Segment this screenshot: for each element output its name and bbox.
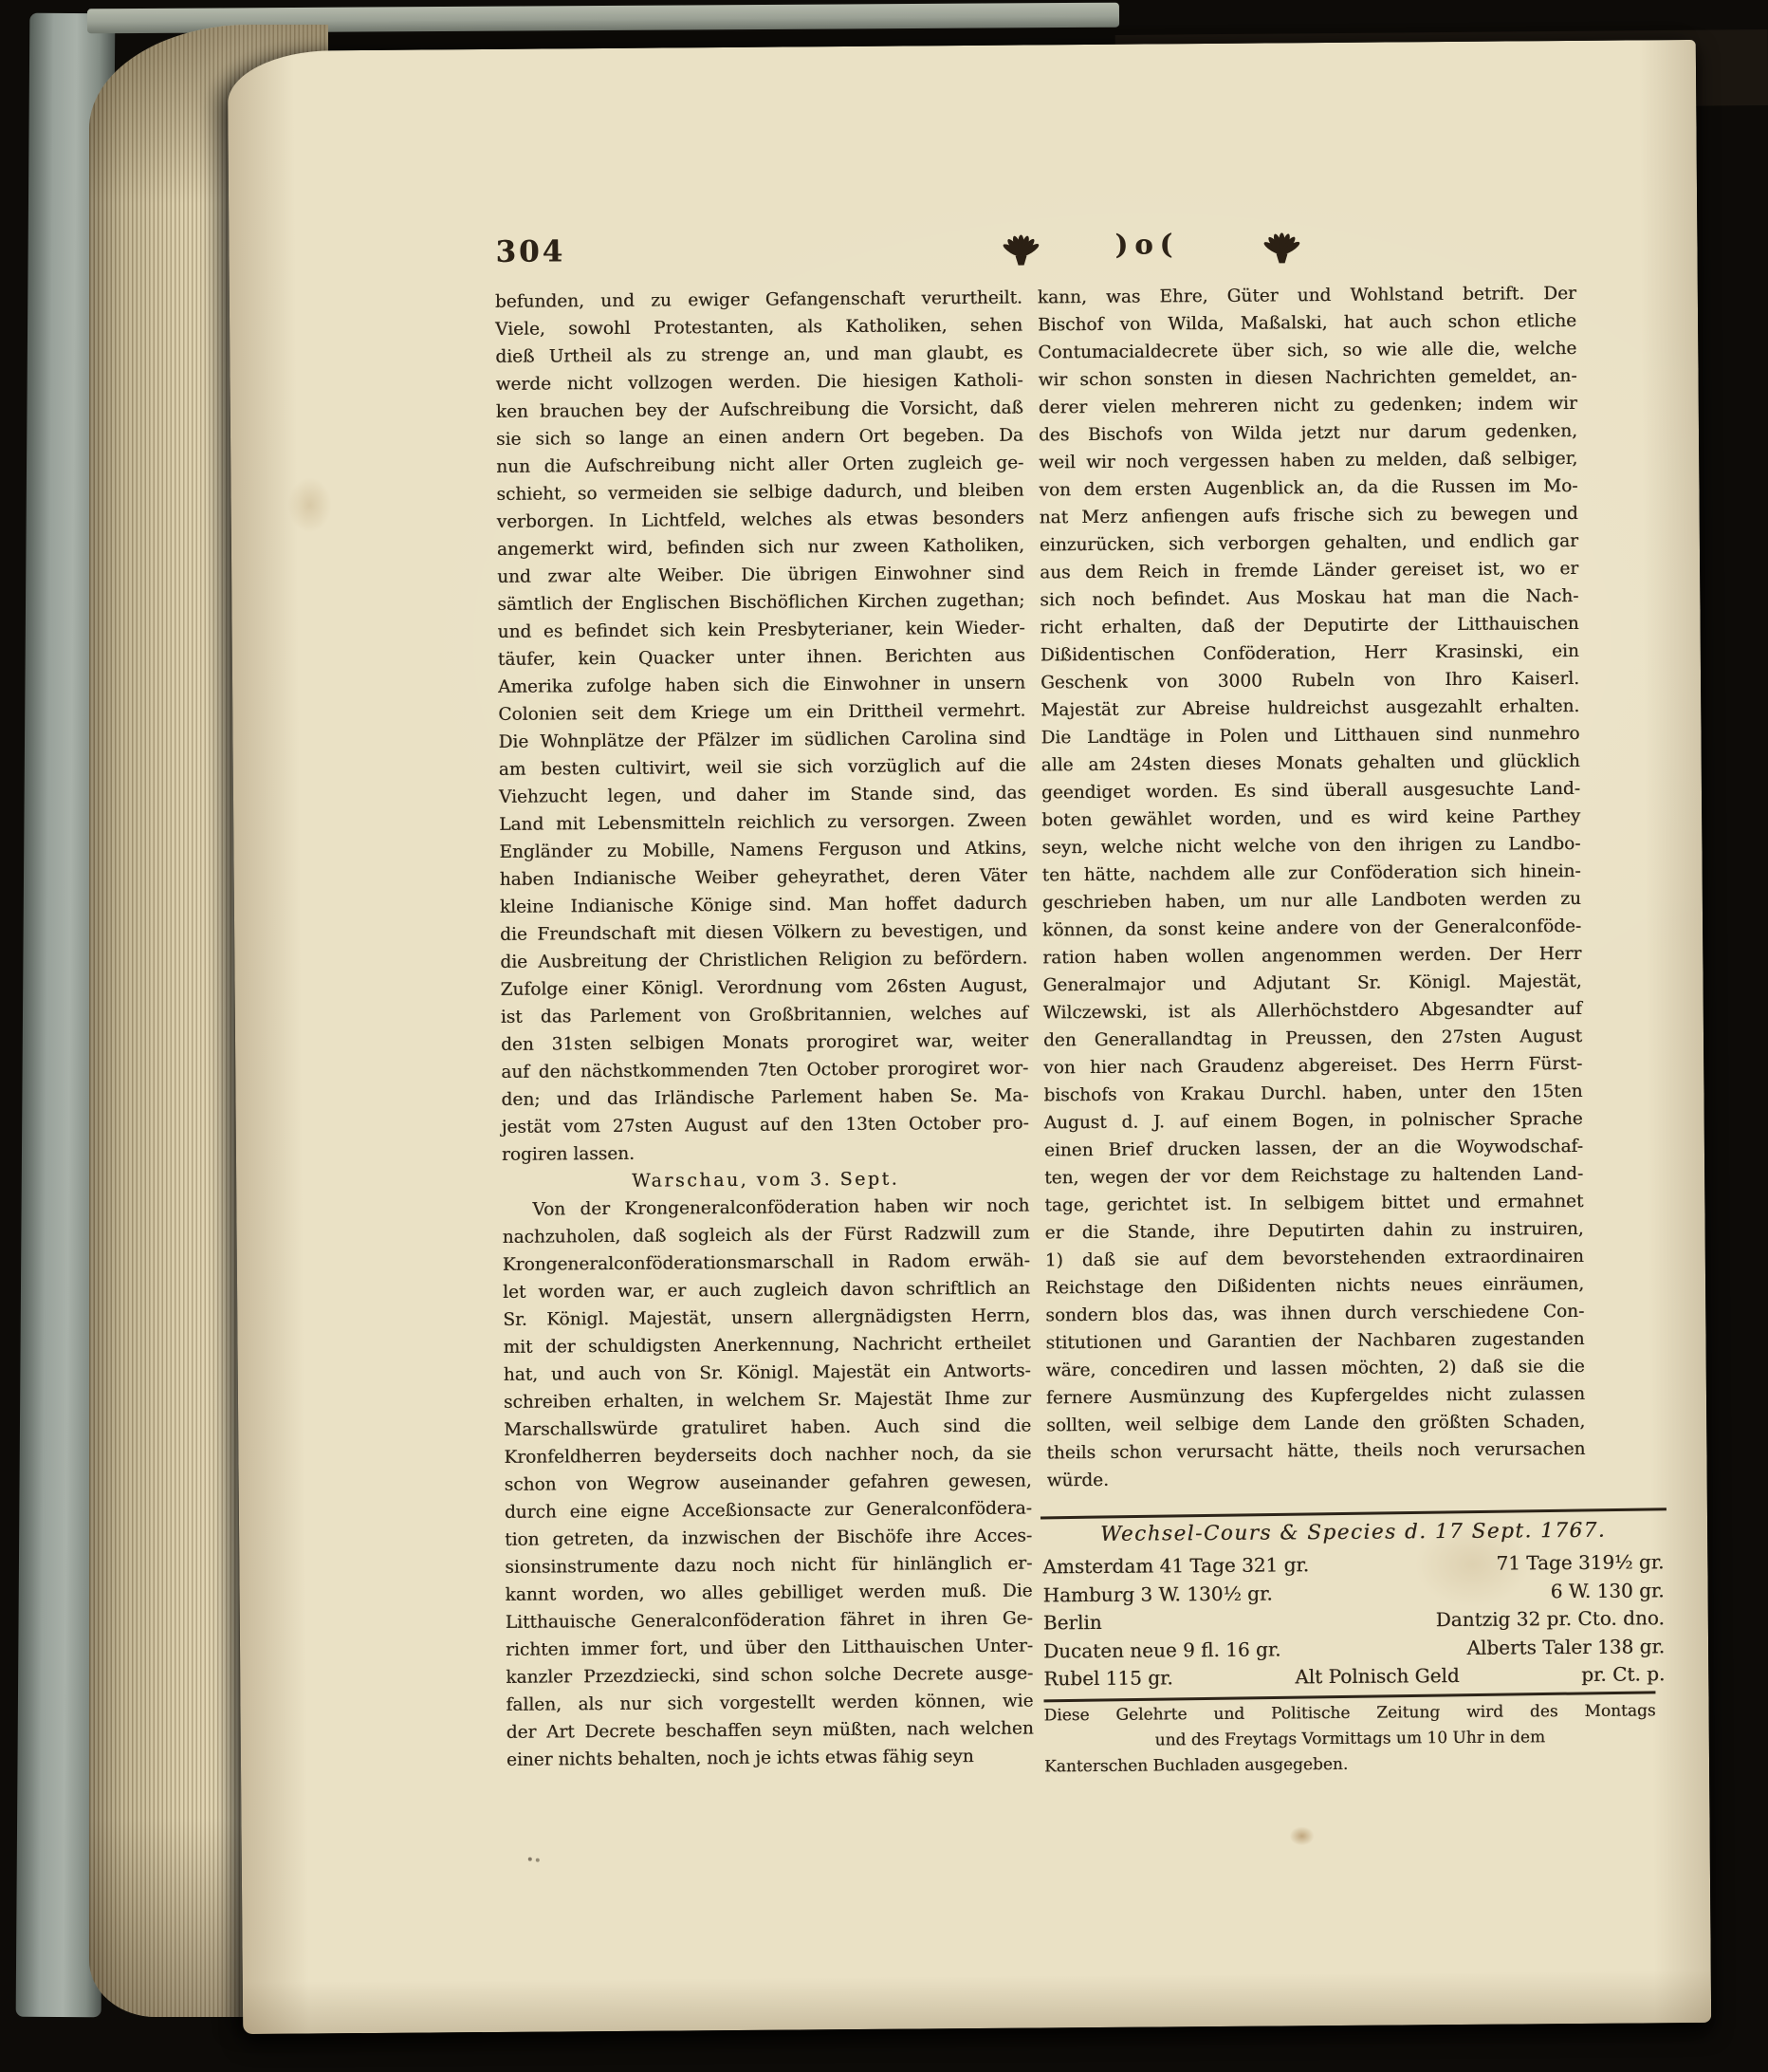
text-line: Dißidentischen Conföderation, Herr Krasi… [1041, 638, 1579, 669]
table-cell: Hamburg 3 W. 130½ gr. [1043, 1580, 1273, 1609]
text-line: Bischof von Wilda, Maßalski, hat auch sc… [1038, 307, 1576, 339]
left-paragraph-1: befunden, und zu ewiger Gefangenschaft v… [495, 285, 1029, 1169]
floral-ornament-icon [1001, 232, 1041, 267]
column-divider-mark: )o( [1106, 228, 1188, 261]
exchange-rate-table: Wechsel-Cours & Species d. 17 Sept. 1767… [1042, 1514, 1665, 1693]
text-line: kanzler Przezdziecki, sind schon solche … [506, 1659, 1033, 1691]
text-line: wäre, concediren und lassen möchten, 2) … [1046, 1353, 1585, 1384]
left-paragraph-2: Von der Krongeneralconföderation haben w… [502, 1193, 1034, 1774]
text-line: auf den nächstkommenden 7ten October pro… [501, 1055, 1028, 1086]
text-line: befunden, und zu ewiger Gefangenschaft v… [495, 285, 1022, 316]
text-line: geschrieben haben, um nur alle Landboten… [1042, 885, 1581, 916]
text-line: nun die Aufschreibung nicht aller Orten … [496, 450, 1023, 481]
text-line: er die Stande, ihre Deputirten dahin zu … [1045, 1215, 1584, 1247]
text-line: nat Merz anfiengen aufs frische sich zu … [1040, 500, 1578, 531]
text-line: hat, und auch von Sr. Königl. Majestät e… [504, 1358, 1031, 1389]
text-line: Von der Krongeneralconföderation haben w… [502, 1193, 1029, 1224]
table-cell: Alt Polnisch Geld [1295, 1662, 1460, 1692]
floral-ornament-icon [1262, 231, 1301, 265]
text-line: derer vielen mehreren nicht zu gedenken;… [1039, 390, 1577, 421]
table-cell: Dantzig 32 pr. Cto. dno. [1436, 1604, 1665, 1634]
text-line: fernere Ausmünzung des Kupfergeldes nich… [1046, 1380, 1585, 1412]
text-line: ist das Parlement von Großbritannien, we… [501, 1000, 1028, 1031]
text-line: Kanterschen Buchladen ausgegeben. [1044, 1749, 1656, 1780]
text-line: ken brauchen bey der Aufschreibung die V… [496, 395, 1023, 426]
text-line: kannt worden, wo alles gebilliget werden… [505, 1577, 1032, 1608]
text-line: Reichstage den Dißidenten nichts neues e… [1045, 1270, 1584, 1302]
text-line: ten hätte, nachdem alle zur Conföderatio… [1042, 858, 1581, 889]
text-line: 1) daß sie auf dem bevorstehenden extrao… [1045, 1243, 1584, 1274]
text-line: angemerkt wird, befinden sich nur zween … [497, 532, 1024, 564]
exchange-table-rows: Amsterdam 41 Tage 321 gr.71 Tage 319½ gr… [1042, 1548, 1665, 1693]
text-line: einzurücken, sich verborgen gehalten, un… [1040, 527, 1578, 559]
text-line: Colonien seit dem Kriege um ein Dritthei… [498, 697, 1025, 729]
text-line: den Generallandtag in Preussen, den 27st… [1043, 1023, 1582, 1054]
text-line: stitutionen und Garantien der Nachbaren … [1045, 1325, 1584, 1357]
text-line: ration haben wollen angenommen werden. D… [1042, 940, 1581, 971]
text-line: Majestät zur Abreise huldreichst ausgeza… [1041, 693, 1579, 724]
text-line: kann, was Ehre, Güter und Wohlstand betr… [1038, 280, 1576, 311]
text-line: boten gewählet worden, und es wird keine… [1041, 803, 1580, 834]
text-line: einen Brief drucken lassen, der an die W… [1044, 1133, 1583, 1164]
text-line: sondern blos das, was ihnen durch versch… [1045, 1298, 1584, 1329]
paper-stain [1290, 1826, 1315, 1845]
text-line: theils schon verursacht hätte, theils no… [1046, 1435, 1585, 1467]
text-line: Kronfeldherren beyderseits doch nachher … [504, 1440, 1031, 1471]
text-line: aus dem Reich in fremde Länder gereiset … [1040, 555, 1578, 586]
table-cell: Amsterdam 41 Tage 321 gr. [1042, 1551, 1309, 1582]
right-text-column: kann, was Ehre, Güter und Wohlstand betr… [1038, 280, 1586, 1494]
exchange-table-title: Wechsel-Cours & Species d. 17 Sept. 1767… [1042, 1514, 1664, 1551]
text-line: fallen, als nur sich vorgestellt werden … [506, 1687, 1033, 1718]
text-line: Die Wohnplätze der Pfälzer im südlichen … [498, 725, 1025, 756]
text-line: von hier nach Graudenz abgereiset. Des H… [1043, 1050, 1582, 1082]
text-line: sämtlich der Englischen Bischöflichen Ki… [497, 587, 1024, 619]
text-line: der Art Decrete beschaffen seyn müßten, … [506, 1714, 1034, 1746]
text-line: verborgen. In Lichtfeld, welches als etw… [497, 505, 1024, 536]
text-line: wir schon sonsten in diesen Nachrichten … [1038, 362, 1576, 394]
text-line: Die Landtäge in Polen und Litthauen sind… [1041, 720, 1579, 751]
left-text-column: befunden, und zu ewiger Gefangenschaft v… [495, 285, 1034, 1774]
text-line: den; und das Irländische Parlement haben… [501, 1082, 1028, 1114]
text-line: Viehzucht legen, und daher im Stande sin… [499, 780, 1026, 811]
text-line: würde. [1047, 1463, 1586, 1494]
table-row: Ducaten neue 9 fl. 16 gr.Alberts Taler 1… [1043, 1633, 1665, 1666]
colophon: Diese Gelehrte und Politische Zeitung wi… [1044, 1698, 1657, 1780]
text-line: durch eine eigne Acceßionsacte zur Gener… [505, 1494, 1032, 1526]
table-cell: 71 Tage 319½ gr. [1496, 1548, 1664, 1578]
text-line: täufer, kein Quacker unter ihnen. Berich… [498, 642, 1025, 674]
text-line: Sr. Königl. Majestät, unsern allergnädig… [503, 1303, 1030, 1334]
text-line: schon von Wegrow auseinander gefahren ge… [505, 1467, 1032, 1498]
text-line: sollten, weil selbige dem Lande den größ… [1046, 1408, 1585, 1439]
text-line: Geschenk von 3000 Rubeln von Ihro Kaiser… [1041, 665, 1579, 696]
text-line: richt erhalten, daß der Deputirte der Li… [1041, 610, 1579, 641]
book-page: 304 )o( befunden, und zu ewiger Gefangen [228, 40, 1711, 2034]
text-line: nachzuholen, daß sogleich als der Fürst … [503, 1220, 1030, 1251]
table-cell: pr. Ct. p. [1581, 1660, 1665, 1689]
text-line: Wilczewski, ist als Allerhöchstdero Abge… [1043, 995, 1582, 1027]
text-line: Diese Gelehrte und Politische Zeitung wi… [1044, 1698, 1656, 1729]
text-line: den 31sten selbigen Monats prorogiret wa… [501, 1027, 1028, 1059]
text-line: schieht, so vermeiden sie selbige dadurc… [496, 477, 1023, 509]
text-line: geendiget worden. Es sind überall ausges… [1041, 775, 1580, 806]
page-number: 304 [495, 234, 565, 269]
text-line: Engländer zu Mobille, Namens Ferguson un… [499, 835, 1026, 866]
text-line: seyn, welche nicht welche von den ihrige… [1041, 830, 1580, 861]
paper-stain [287, 477, 331, 532]
text-line: Amerika zufolge haben sich die Einwohner… [498, 670, 1025, 701]
text-line: des Bischofs von Wilda jetzt nur darum g… [1039, 417, 1577, 449]
text-line: Zufolge einer Königl. Verordnung vom 26s… [500, 972, 1027, 1004]
text-line: sich noch befindet. Aus Moskau hat man d… [1040, 583, 1578, 614]
text-line: tage, gerichtet ist. In selbigem bittet … [1044, 1188, 1583, 1219]
text-line: bischofs von Krakau Durchl. haben, unter… [1043, 1078, 1582, 1109]
text-line: Marschallswürde gratuliret haben. Auch s… [504, 1413, 1031, 1444]
text-line: von dem ersten Augenblick an, da die Rus… [1039, 472, 1577, 504]
text-line: weil wir noch vergessen haben zu melden,… [1039, 445, 1577, 476]
text-line: let worden war, er auch zugleich davon s… [503, 1275, 1030, 1306]
text-line: Generalmajor und Adjutant Sr. Königl. Ma… [1042, 968, 1581, 999]
text-line: haben Indianische Weiber geheyrathet, de… [500, 862, 1027, 894]
text-line: werde nicht vollzogen werden. Die hiesig… [495, 367, 1022, 398]
text-line: einer nichts behalten, noch je ichts etw… [506, 1742, 1034, 1773]
text-line: und es befindet sich kein Presbyterianer… [498, 615, 1025, 646]
right-paragraph-1: kann, was Ehre, Güter und Wohlstand betr… [1038, 280, 1586, 1494]
dateline-heading: Warschau, vom 3. Sept. [502, 1165, 1029, 1196]
text-line: dieß Urtheil als zu strenge an, und man … [495, 340, 1022, 371]
text-line: Litthauische Generalconföderation fähret… [506, 1604, 1033, 1636]
text-line: die Freundschaft mit diesen Völkern zu b… [500, 917, 1027, 949]
text-line: sie sich so lange an einen andern Ort be… [496, 422, 1023, 453]
text-line: alle am 24sten dieses Monats gehalten un… [1041, 748, 1580, 779]
text-line: kleine Indianische Könige sind. Man hoff… [500, 890, 1027, 921]
table-cell: Ducaten neue 9 fl. 16 gr. [1043, 1636, 1281, 1665]
text-line: schreiben erhalten, in welchem Sr. Majes… [504, 1385, 1031, 1416]
table-row: Rubel 115 gr.Alt Polnisch Geldpr. Ct. p. [1043, 1660, 1665, 1693]
text-line: richten immer fort, und über den Litthau… [506, 1632, 1033, 1663]
ink-smudge [528, 1858, 543, 1862]
text-line: rogiren lassen. [502, 1138, 1029, 1169]
table-cell: 6 W. 130 gr. [1551, 1577, 1665, 1605]
text-line: und zwar alte Weiber. Die übrigen Einwoh… [497, 560, 1024, 591]
text-line: Viele, sowohl Protestanten, als Katholik… [495, 312, 1022, 343]
text-line: August d. J. auf einem Bogen, in polnisc… [1044, 1105, 1583, 1137]
text-line: am besten cultivirt, weil sie sich vorzü… [499, 752, 1026, 784]
text-line: ten, wegen der vor dem Reichstage zu hal… [1044, 1160, 1583, 1192]
text-line: sionsinstrumente dazu noch nicht für hin… [505, 1549, 1032, 1581]
table-cell: Alberts Taler 138 gr. [1466, 1633, 1665, 1662]
text-line: die Ausbreitung der Christlichen Religio… [500, 945, 1027, 976]
text-line: Krongeneralconföderationsmarschall in Ra… [503, 1248, 1030, 1279]
text-line: können, da sonst keine andere von der Ge… [1042, 913, 1581, 944]
table-cell: Berlin [1043, 1609, 1102, 1637]
text-line: tion getreten, da inzwischen der Bischöf… [505, 1522, 1032, 1553]
table-cell: Rubel 115 gr. [1043, 1664, 1173, 1693]
text-line: jestät vom 27sten August auf den 13ten O… [502, 1110, 1029, 1141]
text-line: Contumacialdecrete über sich, so wie all… [1038, 335, 1576, 366]
text-line: Land mit Lebensmitteln reichlich zu vers… [499, 807, 1026, 839]
scanned-book-photo: { "page": { "number": "304", "header_mar… [0, 0, 1768, 2072]
text-line: mit der schuldigsten Anerkennung, Nachri… [503, 1330, 1030, 1361]
